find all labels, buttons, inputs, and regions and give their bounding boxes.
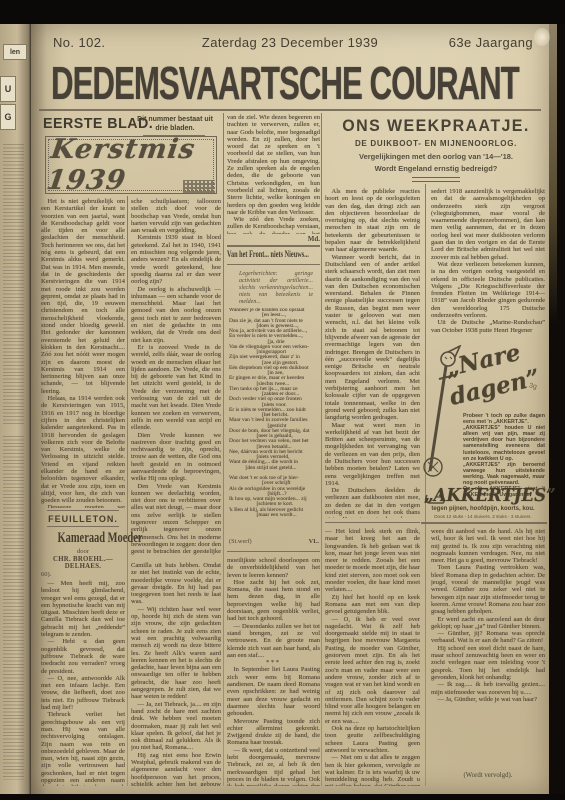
weekpraatje-double-rule [412, 177, 460, 182]
front-article-title: Van het Front... niets Nieuws... [227, 250, 309, 260]
feuilleton-col3: moeilijkste school doorloopen om de onve… [227, 557, 320, 786]
masthead-title: DEDEMSVAARTSCHE COURANT [51, 56, 519, 110]
dateline: No. 102. Zaterdag 23 December 1939 63e J… [31, 35, 549, 53]
feuilleton-author: CHR. BROEHL.—DELHAES. [41, 556, 125, 570]
feuilleton-episode-number: 60). [41, 571, 51, 578]
column-rule [223, 113, 224, 786]
akkertjes-advertisement: „Nare dagen” 3g Probeer 't toch op zulke… [419, 343, 547, 520]
feuilleton-continued-notice: (Wordt vervolgd). [431, 772, 545, 779]
article-kerstmis-col1: Het is niet gebruikelijk om een Kerstart… [41, 198, 125, 508]
photo-border-bottom [0, 794, 565, 800]
adjacent-page-edge: len U G [0, 24, 31, 794]
masthead-rule [39, 109, 541, 111]
feuilleton-rule-bottom [47, 526, 119, 527]
column-rule [127, 196, 128, 786]
adjacent-page-fragment: G [0, 104, 16, 130]
feuilleton-col2: Camilla uit huis hebben. Omdat ze niet h… [131, 562, 221, 786]
edition-note: Dit nummer bestaat uit drie bladen. [131, 116, 219, 133]
weekpraatje-col2: sedert 1918 aanzienlijk is vergemakkelij… [431, 188, 545, 340]
adjacent-page-fragment: len [3, 44, 27, 60]
weekpraatje-col1: Als men de publieke reacties hoort en le… [325, 188, 420, 518]
feuilleton-byline-door: door [41, 548, 125, 555]
weekpraatje-subhead-2: Vergelijkingen met den oorlog van '14—'1… [327, 152, 545, 161]
front-poem: Wanneer je de kranten zoo opslaat [en le… [229, 308, 319, 537]
article-kerstmis-col3: van de ziel. Wie dezen begeeren en trach… [227, 114, 320, 234]
kerstmis-box-ornament [183, 180, 215, 193]
weekpraatje-title: ONS WEEKPRAATJE. [334, 116, 539, 136]
column4-divider-rule [325, 522, 420, 523]
adjacent-page-text [3, 436, 24, 780]
photo-border-top [0, 0, 565, 24]
poem-signature-left: (St.werf) [229, 538, 252, 545]
adjacent-page-fragment: U [0, 76, 16, 102]
article-kerstmis-col2: sche schuilplaatsen; talloozen stellen z… [131, 198, 221, 556]
column-rule [321, 113, 322, 786]
volume-number: 63e Jaargang [449, 35, 533, 50]
weekpraatje-subtitle: DE DUIKBOOT- EN MIJNENOORLOG. [327, 139, 545, 148]
feuilleton-rule-top [47, 510, 119, 511]
poem-signature: VL. (St.werf) [229, 538, 319, 545]
ad-bottom-rule [421, 522, 547, 524]
newspaper-page: No. 102. Zaterdag 23 December 1939 63e J… [31, 24, 549, 794]
weekpraatje-subhead-3: Wordt Engeland ernstig bedreigd? [327, 164, 545, 173]
adjacent-page-text [3, 144, 24, 424]
front-rule-top [227, 245, 320, 247]
newspaper-scan: len U G No. 102. Zaterdag 23 December 19… [0, 0, 565, 800]
ad-price-line: Doos 12 stuks - 14 stuivers. 2 stuks - 3… [419, 514, 547, 519]
handwritten-annotation: 3g [528, 382, 537, 390]
paper-highlight [534, 28, 550, 46]
article-signature: Md. [227, 235, 320, 243]
front-article-intro: Legerberichten: geringe activiteit der a… [239, 271, 313, 306]
feuilleton-title-text: Kameraad Moeder [58, 530, 143, 547]
column3-divider-rule [227, 551, 320, 552]
front-rule-bottom [227, 264, 320, 265]
feuilleton-col5: wees dit aanbod van de hand. Als hij nie… [431, 528, 545, 770]
akkertjes-brand-logo: „AKKERTJES” [424, 485, 542, 506]
feuilleton-title: Kameraad Moeder [41, 529, 125, 547]
feuilleton-label: FEUILLETON. [41, 514, 125, 524]
poem-signature-initials: VL. [309, 538, 319, 545]
feuilleton-col1: — Men heeft mij, zoo besloot hij glimlac… [41, 580, 125, 786]
ad-tagline: tegen pijnen, hoofdpijn, koorts, kou. [419, 506, 547, 512]
page-edge-curl [549, 24, 557, 324]
feuilleton-col4: — Het kind leek sterk en flink, maar het… [325, 528, 420, 786]
